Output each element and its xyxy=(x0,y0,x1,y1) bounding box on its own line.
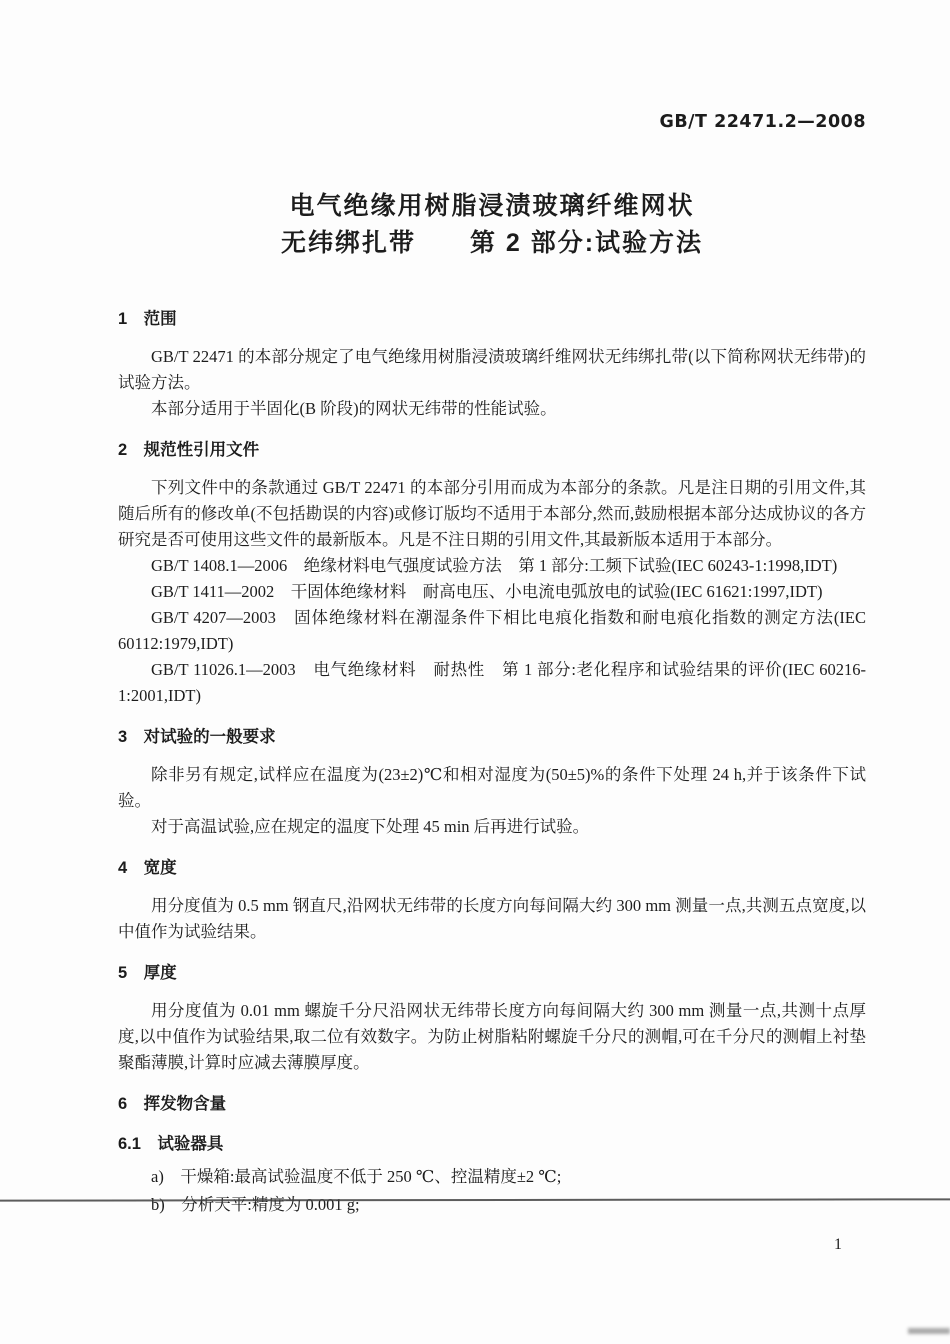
page-content: GB/T 22471.2—2008 电气绝缘用树脂浸渍玻璃纤维网状 无纬绑扎带 … xyxy=(118,0,866,1219)
reference-entry: GB/T 4207—2003 固体绝缘材料在潮湿条件下相比电痕化指数和耐电痕化指… xyxy=(118,605,866,657)
section-5-paragraph: 用分度值为 0.01 mm 螺旋千分尺沿网状无纬带长度方向每间隔大约 300 m… xyxy=(118,998,866,1076)
apparatus-item-b: b) 分析天平:精度为 0.001 g; xyxy=(118,1191,866,1219)
reference-entry: GB/T 1411—2002 干固体绝缘材料 耐高电压、小电流电弧放电的试验(I… xyxy=(118,579,866,605)
section-4-heading: 4 宽度 xyxy=(118,855,866,881)
section-4-paragraph: 用分度值为 0.5 mm 钢直尺,沿网状无纬带的长度方向每间隔大约 300 mm… xyxy=(118,893,866,945)
section-3-paragraph: 对于高温试验,应在规定的温度下处理 45 min 后再进行试验。 xyxy=(118,814,866,840)
document-title-line2: 无纬绑扎带 第 2 部分:试验方法 xyxy=(118,225,866,262)
scan-corner-smudge xyxy=(908,1328,950,1334)
section-3-paragraph: 除非另有规定,试样应在温度为(23±2)℃和相对湿度为(50±5)%的条件下处理… xyxy=(118,762,866,814)
section-3-heading: 3 对试验的一般要求 xyxy=(118,724,866,750)
section-1-paragraph: GB/T 22471 的本部分规定了电气绝缘用树脂浸渍玻璃纤维网状无纬绑扎带(以… xyxy=(118,344,866,396)
section-6-heading: 6 挥发物含量 xyxy=(118,1091,866,1117)
section-2-heading: 2 规范性引用文件 xyxy=(118,437,866,463)
section-1-paragraph: 本部分适用于半固化(B 阶段)的网状无纬带的性能试验。 xyxy=(118,396,866,422)
document-page: GB/T 22471.2—2008 电气绝缘用树脂浸渍玻璃纤维网状 无纬绑扎带 … xyxy=(0,0,950,1344)
apparatus-item-a: a) 干燥箱:最高试验温度不低于 250 ℃、控温精度±2 ℃; xyxy=(118,1163,866,1191)
section-2-paragraph: 下列文件中的条款通过 GB/T 22471 的本部分引用而成为本部分的条款。凡是… xyxy=(118,475,866,553)
reference-entry: GB/T 1408.1—2006 绝缘材料电气强度试验方法 第 1 部分:工频下… xyxy=(118,553,866,579)
reference-entry: GB/T 11026.1—2003 电气绝缘材料 耐热性 第 1 部分:老化程序… xyxy=(118,657,866,709)
document-title: 电气绝缘用树脂浸渍玻璃纤维网状 无纬绑扎带 第 2 部分:试验方法 xyxy=(118,188,866,262)
page-number: 1 xyxy=(834,1236,842,1254)
section-1-heading: 1 范围 xyxy=(118,306,866,332)
standard-number: GB/T 22471.2—2008 xyxy=(118,112,866,132)
section-6-1-heading: 6.1 试验器具 xyxy=(118,1131,866,1157)
section-5-heading: 5 厚度 xyxy=(118,960,866,986)
document-title-line1: 电气绝缘用树脂浸渍玻璃纤维网状 xyxy=(118,188,866,225)
